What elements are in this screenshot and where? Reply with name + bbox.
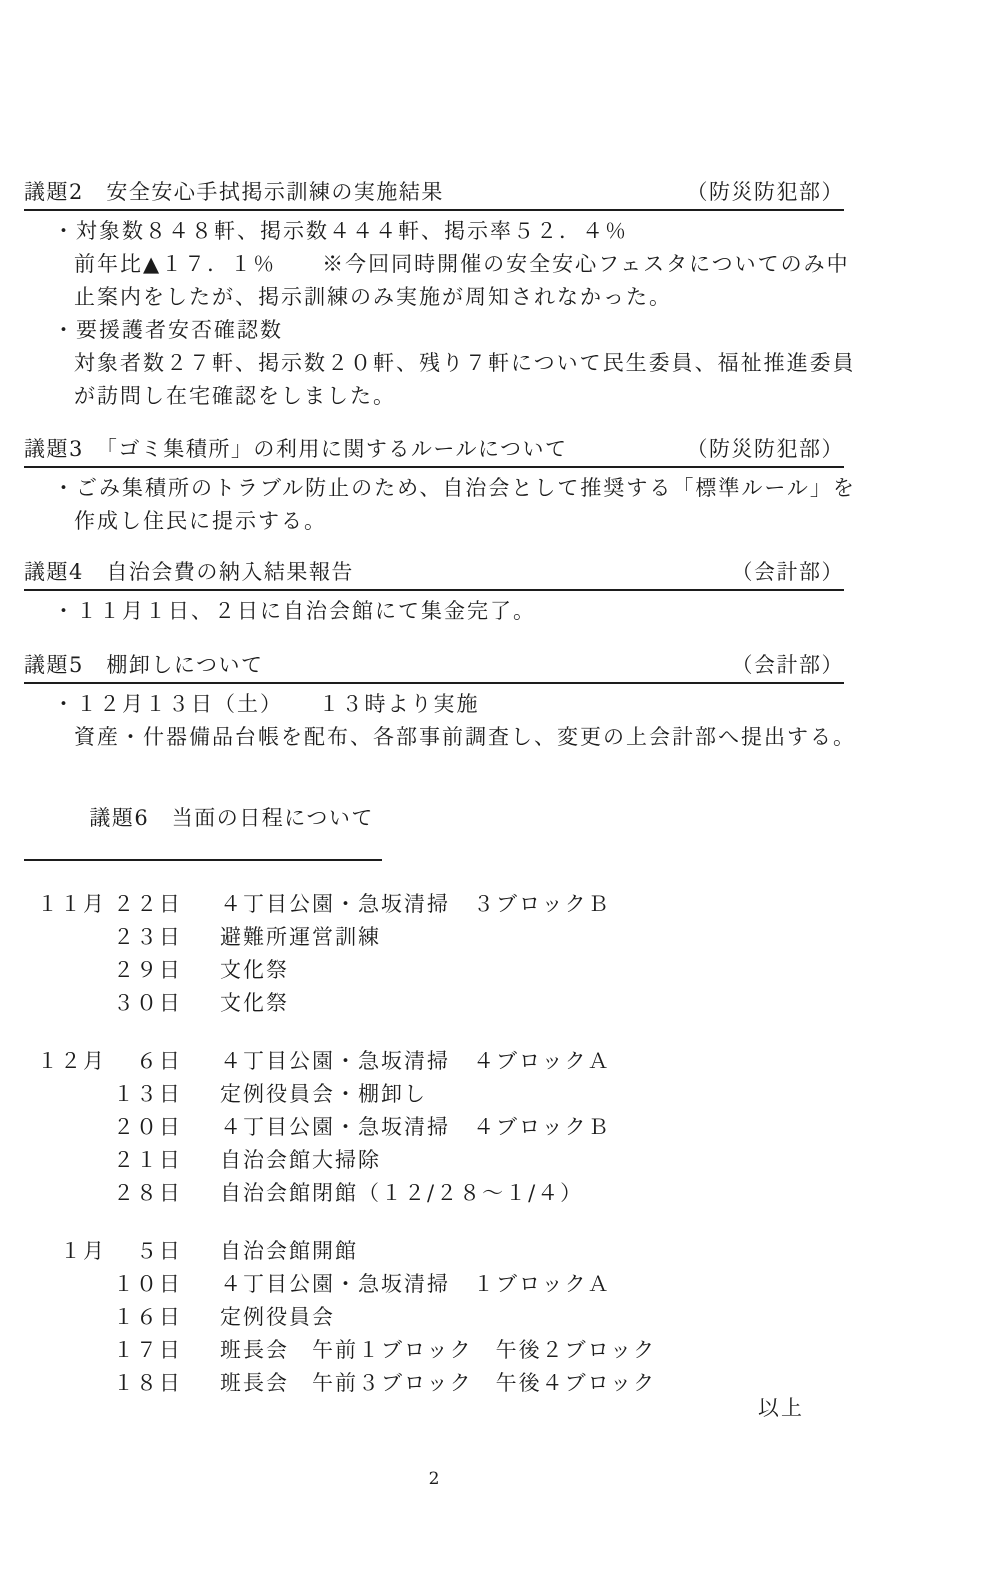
topic-body: ・対象数８４８軒、掲示数４４４軒、掲示率５２．４％ 前年比▲１７．１％ ※今回同… — [24, 215, 844, 413]
schedule-event: ４丁目公園・急坂清掃 ４ブロックＢ — [220, 1111, 611, 1144]
topic-section-2: 議題2 安全安心手拭掲示訓練の実施結果 （防災防犯部） ・対象数８４８軒、掲示数… — [24, 180, 844, 413]
topic-title: 議題3 「ゴミ集積所」の利用に関するルールについて — [24, 437, 568, 461]
topic-dept: （会計部） — [732, 653, 845, 677]
schedule-row: ３０日 文化祭 — [24, 987, 844, 1020]
schedule-event: 班長会 午前１ブロック 午後２ブロック — [220, 1334, 656, 1367]
topic-title: 議題6 当面の日程について — [89, 806, 373, 830]
topic-section-6: 議題6 当面の日程について — [24, 782, 844, 861]
document-content: 議題2 安全安心手拭掲示訓練の実施結果 （防災防犯部） ・対象数８４８軒、掲示数… — [24, 180, 844, 1489]
body-line: 資産・什器備品台帳を配布、各部事前調査し、変更の上会計部へ提出する。 — [24, 721, 844, 754]
schedule-row: ２０日 ４丁目公園・急坂清掃 ４ブロックＢ — [24, 1111, 844, 1144]
topic-dept: （防災防犯部） — [687, 180, 845, 204]
schedule-day: ６日 — [106, 1045, 182, 1078]
schedule-event: ４丁目公園・急坂清掃 １ブロックＡ — [220, 1268, 611, 1301]
schedule-group-december: １２月 ６日 ４丁目公園・急坂清掃 ４ブロックＡ １３日 定例役員会・棚卸し ２… — [24, 1045, 844, 1210]
schedule-row: １月 ５日 自治会館開館 — [24, 1235, 844, 1268]
schedule-month — [24, 1078, 106, 1111]
schedule-day: ２１日 — [106, 1144, 182, 1177]
schedule-month — [24, 1334, 106, 1367]
page-number: 2 — [24, 1469, 844, 1489]
schedule-day: ２２日 — [106, 888, 182, 921]
topic-body: ・１１月１日、２日に自治会館にて集金完了。 — [24, 595, 844, 628]
schedule-event: ４丁目公園・急坂清掃 ３ブロックＢ — [220, 888, 611, 921]
schedule-row: ２１日 自治会館大掃除 — [24, 1144, 844, 1177]
schedule-row: ２９日 文化祭 — [24, 954, 844, 987]
schedule-month — [24, 1144, 106, 1177]
body-line: ・ごみ集積所のトラブル防止のため、自治会として推奨する「標準ルール」を — [24, 472, 844, 505]
document-page: 議題2 安全安心手拭掲示訓練の実施結果 （防災防犯部） ・対象数８４８軒、掲示数… — [0, 0, 987, 1576]
schedule-day: ２８日 — [106, 1177, 182, 1210]
schedule-month — [24, 954, 106, 987]
topic-section-3: 議題3 「ゴミ集積所」の利用に関するルールについて （防災防犯部） ・ごみ集積所… — [24, 437, 844, 538]
body-line: が訪問し在宅確認をしました。 — [24, 380, 844, 413]
body-line: 対象者数２７軒、掲示数２０軒、残り７軒について民生委員、福祉推進委員 — [24, 347, 844, 380]
schedule-month — [24, 1268, 106, 1301]
topic-body: ・１２月１３日（土） １３時より実施 資産・什器備品台帳を配布、各部事前調査し、… — [24, 688, 844, 754]
schedule-event: 自治会館閉館（１２/２８～１/４） — [220, 1177, 583, 1210]
schedule-event: 定例役員会 — [220, 1301, 335, 1334]
body-line: ・対象数８４８軒、掲示数４４４軒、掲示率５２．４％ — [24, 215, 844, 248]
schedule-month — [24, 1111, 106, 1144]
schedule-month — [24, 1301, 106, 1334]
body-line: 止案内をしたが、掲示訓練のみ実施が周知されなかった。 — [24, 281, 844, 314]
topic-heading: 議題6 当面の日程について — [24, 782, 382, 861]
schedule-event: 自治会館開館 — [220, 1235, 358, 1268]
topic-title: 議題2 安全安心手拭掲示訓練の実施結果 — [24, 180, 444, 204]
topic-section-4: 議題4 自治会費の納入結果報告 （会計部） ・１１月１日、２日に自治会館にて集金… — [24, 560, 844, 628]
body-line: ・１１月１日、２日に自治会館にて集金完了。 — [24, 595, 844, 628]
topic-section-5: 議題5 棚卸しについて （会計部） ・１２月１３日（土） １３時より実施 資産・… — [24, 653, 844, 754]
schedule-day: １７日 — [106, 1334, 182, 1367]
schedule-day: ２０日 — [106, 1111, 182, 1144]
topic-title: 議題4 自治会費の納入結果報告 — [24, 560, 354, 584]
schedule-day: １６日 — [106, 1301, 182, 1334]
schedule-month: １２月 — [24, 1045, 106, 1078]
schedule-day: ２９日 — [106, 954, 182, 987]
topic-heading: 議題4 自治会費の納入結果報告 （会計部） — [24, 560, 844, 591]
body-line: ・要援護者安否確認数 — [24, 314, 844, 347]
schedule-event: 文化祭 — [220, 987, 289, 1020]
schedule-month: １月 — [24, 1235, 106, 1268]
body-line: 前年比▲１７．１％ ※今回同時開催の安全安心フェスタについてのみ中 — [24, 248, 844, 281]
schedule-list: １１月 ２２日 ４丁目公園・急坂清掃 ３ブロックＢ ２３日 避難所運営訓練 ２９… — [24, 888, 844, 1400]
topic-body: ・ごみ集積所のトラブル防止のため、自治会として推奨する「標準ルール」を 作成し住… — [24, 472, 844, 538]
schedule-event: 定例役員会・棚卸し — [220, 1078, 427, 1111]
schedule-day: ３０日 — [106, 987, 182, 1020]
schedule-event: 避難所運営訓練 — [220, 921, 381, 954]
schedule-month — [24, 1177, 106, 1210]
schedule-month: １１月 — [24, 888, 106, 921]
body-line: ・１２月１３日（土） １３時より実施 — [24, 688, 844, 721]
schedule-group-november: １１月 ２２日 ４丁目公園・急坂清掃 ３ブロックＢ ２３日 避難所運営訓練 ２９… — [24, 888, 844, 1020]
schedule-day: １０日 — [106, 1268, 182, 1301]
topic-dept: （防災防犯部） — [687, 437, 845, 461]
schedule-row: ２８日 自治会館閉館（１２/２８～１/４） — [24, 1177, 844, 1210]
schedule-row: １１月 ２２日 ４丁目公園・急坂清掃 ３ブロックＢ — [24, 888, 844, 921]
schedule-row: １７日 班長会 午前１ブロック 午後２ブロック — [24, 1334, 844, 1367]
topic-heading: 議題5 棚卸しについて （会計部） — [24, 653, 844, 684]
schedule-group-january: １月 ５日 自治会館開館 １０日 ４丁目公園・急坂清掃 １ブロックＡ １６日 定… — [24, 1235, 844, 1400]
schedule-event: 班長会 午前３ブロック 午後４ブロック — [220, 1367, 656, 1400]
topic-dept: （会計部） — [732, 560, 845, 584]
schedule-day: ２３日 — [106, 921, 182, 954]
schedule-event: ４丁目公園・急坂清掃 ４ブロックＡ — [220, 1045, 611, 1078]
schedule-month — [24, 987, 106, 1020]
schedule-day: １８日 — [106, 1367, 182, 1400]
schedule-row: １６日 定例役員会 — [24, 1301, 844, 1334]
topic-title: 議題5 棚卸しについて — [24, 653, 263, 677]
schedule-month — [24, 1367, 106, 1400]
schedule-event: 文化祭 — [220, 954, 289, 987]
schedule-row: ２３日 避難所運営訓練 — [24, 921, 844, 954]
schedule-row: １０日 ４丁目公園・急坂清掃 １ブロックＡ — [24, 1268, 844, 1301]
schedule-row: １２月 ６日 ４丁目公園・急坂清掃 ４ブロックＡ — [24, 1045, 844, 1078]
schedule-month — [24, 921, 106, 954]
schedule-day: １３日 — [106, 1078, 182, 1111]
schedule-event: 自治会館大掃除 — [220, 1144, 381, 1177]
schedule-row: １３日 定例役員会・棚卸し — [24, 1078, 844, 1111]
topic-heading: 議題2 安全安心手拭掲示訓練の実施結果 （防災防犯部） — [24, 180, 844, 211]
schedule-day: ５日 — [106, 1235, 182, 1268]
topic-heading: 議題3 「ゴミ集積所」の利用に関するルールについて （防災防犯部） — [24, 437, 844, 468]
body-line: 作成し住民に提示する。 — [24, 505, 844, 538]
